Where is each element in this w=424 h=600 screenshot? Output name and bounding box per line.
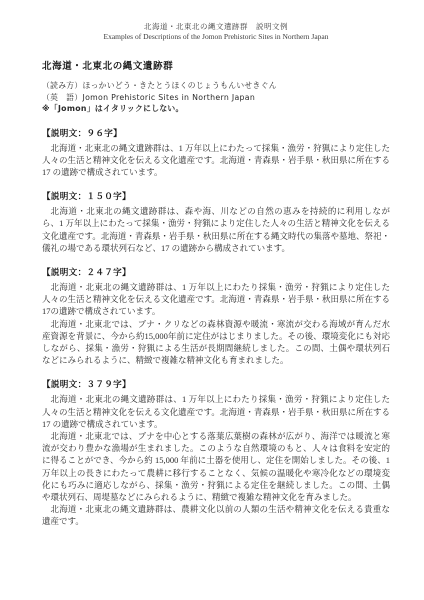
section-379: 【説明文：３７９字】 北海道・北東北の縄文遺跡群は、1 万年以上にわたり採集・漁… xyxy=(42,378,390,527)
paragraph: 北海道・北東北の縄文遺跡群は、農耕文化以前の人類の生活や精神文化を伝える貴重な遺… xyxy=(42,503,390,527)
paragraph: 北海道・北東北の縄文遺跡群は、1 万年以上にわたり採集・漁労・狩猟により定住した… xyxy=(42,393,390,430)
paragraph: 北海道・北東北の縄文遺跡群は、1 万年以上にわたり採集・漁労・狩猟により定住した… xyxy=(42,281,390,318)
english-name-line: （英 語）Jomon Prehistoric Sites in Northern… xyxy=(42,92,390,104)
document-page: 北海道・北東北の縄文遺跡群 説明文例 Examples of Descripti… xyxy=(0,0,424,600)
section-heading: 【説明文：１５０字】 xyxy=(42,190,390,202)
section-heading: 【説明文：３７９字】 xyxy=(42,378,390,390)
paragraph: 北海道・北東北では、ブナを中心とする落葉広葉樹の森林が広がり、海洋では暖流と寒流… xyxy=(42,430,390,503)
paragraph: 北海道・北東北では、ブナ・クリなどの森林資源や暖流・寒流が交わる海域が育んだ水産… xyxy=(42,318,390,367)
header-title-japanese: 北海道・北東北の縄文遺跡群 説明文例 xyxy=(42,22,390,32)
document-title: 北海道・北東北の縄文遺跡群 xyxy=(42,58,390,72)
section-96: 【説明文：９６字】 北海道・北東北の縄文遺跡群は、1 万年以上にわたって採集・漁… xyxy=(42,127,390,179)
meta-block: （読み方）ほっかいどう・きたとうほくのじょうもんいせきぐん （英 語）Jomon… xyxy=(42,80,390,115)
paragraph: 北海道・北東北の縄文遺跡群は、森や海、川などの自然の恵みを持続的に利用しながら、… xyxy=(42,205,390,254)
paragraph: 北海道・北東北の縄文遺跡群は、1 万年以上にわたって採集・漁労・狩猟により定住し… xyxy=(42,142,390,179)
header-title-english: Examples of Descriptions of the Jomon Pr… xyxy=(42,32,390,42)
section-heading: 【説明文：９６字】 xyxy=(42,127,390,139)
section-247: 【説明文：２４７字】 北海道・北東北の縄文遺跡群は、1 万年以上にわたり採集・漁… xyxy=(42,266,390,366)
section-150: 【説明文：１５０字】 北海道・北東北の縄文遺跡群は、森や海、川などの自然の恵みを… xyxy=(42,190,390,254)
section-heading: 【説明文：２４７字】 xyxy=(42,266,390,278)
page-header: 北海道・北東北の縄文遺跡群 説明文例 Examples of Descripti… xyxy=(42,22,390,42)
italic-note-line: ※「Jomon」はイタリックにしない。 xyxy=(42,103,390,115)
reading-line: （読み方）ほっかいどう・きたとうほくのじょうもんいせきぐん xyxy=(42,80,390,92)
